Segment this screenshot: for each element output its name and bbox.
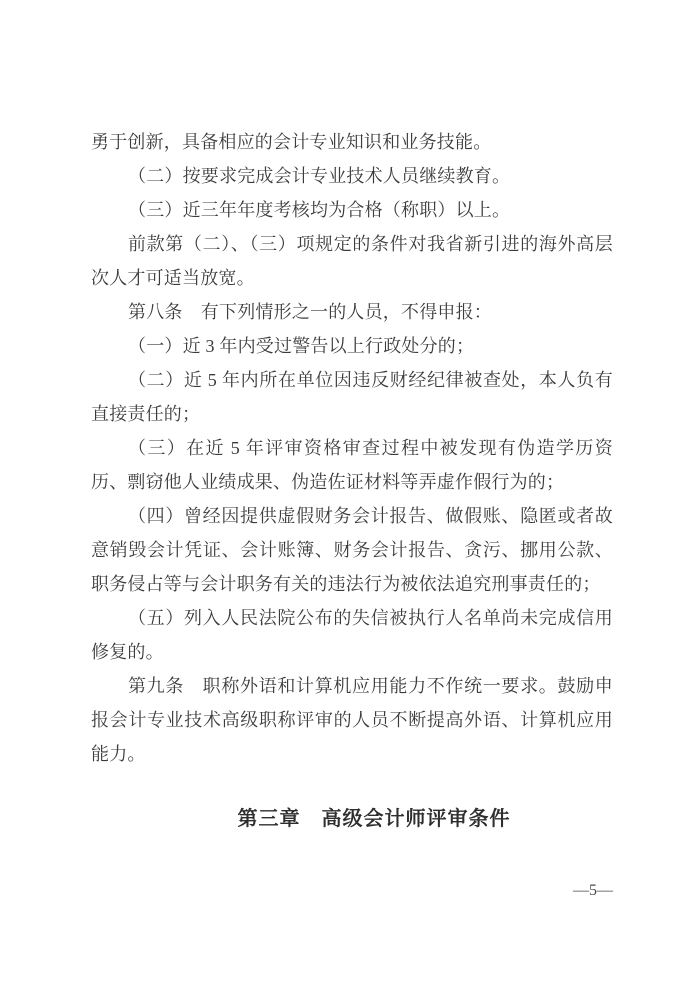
body-line: 勇于创新，具备相应的会计专业知识和业务技能。: [91, 125, 613, 159]
document-page: 勇于创新，具备相应的会计专业知识和业务技能。（二）按要求完成会计专业技术人员继续…: [0, 0, 700, 990]
body-line: （一）近 3 年内受过警告以上行政处分的；: [91, 329, 613, 363]
page-number: —5—: [573, 881, 613, 901]
body-line: （四）曾经因提供虚假财务会计报告、做假账、隐匿或者故: [91, 499, 613, 533]
body-line: 修复的。: [91, 635, 613, 669]
body-line: （三）近三年年度考核均为合格（称职）以上。: [91, 193, 613, 227]
chapter-heading: 第三章 高级会计师评审条件: [113, 802, 635, 836]
document-body: 勇于创新，具备相应的会计专业知识和业务技能。（二）按要求完成会计专业技术人员继续…: [91, 125, 613, 771]
body-line: 意销毁会计凭证、会计账簿、财务会计报告、贪污、挪用公款、: [91, 533, 613, 567]
body-line: （二）近 5 年内所在单位因违反财经纪律被查处，本人负有: [91, 363, 613, 397]
body-line: 第九条 职称外语和计算机应用能力不作统一要求。鼓励申: [91, 669, 613, 703]
body-line: 直接责任的；: [91, 397, 613, 431]
body-line: （二）按要求完成会计专业技术人员继续教育。: [91, 159, 613, 193]
body-line: （三）在近 5 年评审资格审查过程中被发现有伪造学历资: [91, 431, 613, 465]
body-line: 职务侵占等与会计职务有关的违法行为被依法追究刑事责任的；: [91, 567, 613, 601]
body-line: 历、剽窃他人业绩成果、伪造佐证材料等弄虚作假行为的；: [91, 465, 613, 499]
body-line: 能力。: [91, 737, 613, 771]
body-line: （五）列入人民法院公布的失信被执行人名单尚未完成信用: [91, 601, 613, 635]
body-line: 第八条 有下列情形之一的人员，不得申报：: [91, 295, 613, 329]
body-line: 报会计专业技术高级职称评审的人员不断提高外语、计算机应用: [91, 703, 613, 737]
body-line: 前款第（二）、（三）项规定的条件对我省新引进的海外高层: [91, 227, 613, 261]
body-line: 次人才可适当放宽。: [91, 261, 613, 295]
